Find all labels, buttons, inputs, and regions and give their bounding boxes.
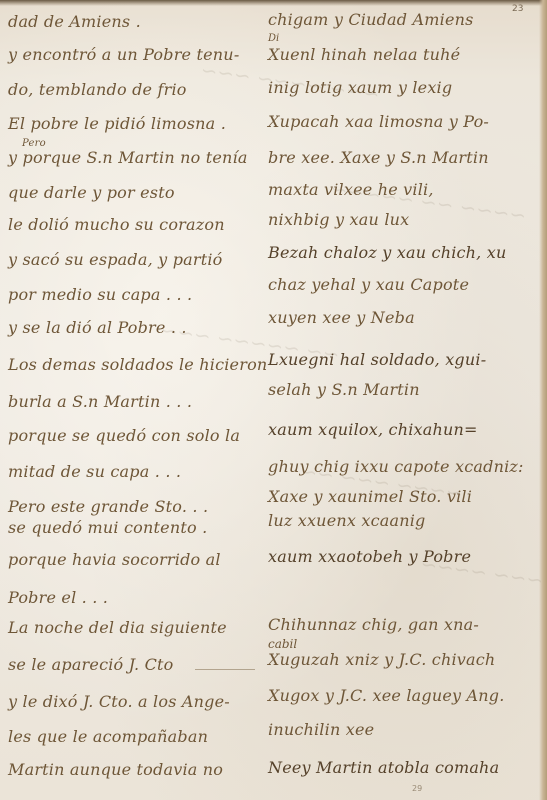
inserted-word: Pero bbox=[22, 138, 46, 149]
manuscript-page: ~~~ ~~~~ ~~~ ~~~~ ~~ ~~~~~ ~~ ~~~~~ ~~~ … bbox=[0, 0, 547, 800]
folio-number: 29 bbox=[412, 784, 422, 793]
zapotec-line: Xuguzah xniz y J.C. chivach bbox=[268, 650, 495, 669]
zapotec-line: Xuenl hinah nelaa tuhé bbox=[268, 45, 460, 64]
spanish-line: le dolió mucho su corazon bbox=[8, 215, 225, 234]
spanish-line: mitad de su capa . . . bbox=[8, 462, 181, 481]
spanish-line: y porque S.n Martin no tenía bbox=[8, 148, 248, 167]
superscript-note: Di bbox=[268, 33, 279, 44]
zapotec-line: luz xxuenx xcaanig bbox=[268, 511, 426, 530]
zapotec-line: inuchilin xee bbox=[268, 720, 374, 739]
spanish-line: y encontró a un Pobre tenu- bbox=[8, 45, 239, 64]
spanish-line-with-correction: Pero y porque S.n Martin no tenía bbox=[8, 148, 248, 167]
spanish-line: El pobre le pidió limosna . bbox=[8, 114, 226, 133]
spanish-line: y le dixó J. Cto. a los Ange- bbox=[8, 692, 230, 711]
zapotec-line: Xaxe y xaunimel Sto. vili bbox=[268, 487, 472, 506]
zapotec-line: xuyen xee y Neba bbox=[268, 308, 415, 327]
superscript-note: cabil bbox=[268, 637, 297, 651]
zapotec-line: Lxuegni hal soldado, xgui- bbox=[268, 350, 486, 369]
zapotec-line: Xugox y J.C. xee laguey Ang. bbox=[268, 686, 505, 705]
spanish-line: les que le acompañaban bbox=[8, 727, 208, 746]
spanish-line: porque se quedó con solo la bbox=[8, 426, 240, 445]
spanish-line: por medio su capa . . . bbox=[8, 285, 192, 304]
page-top-edge bbox=[0, 0, 547, 6]
zapotec-line: inig lotig xaum y lexig bbox=[268, 78, 452, 97]
spanish-line: Pero este grande Sto. . . bbox=[8, 497, 208, 516]
spanish-line: burla a S.n Martin . . . bbox=[8, 392, 192, 411]
zapotec-line: Bezah chaloz y xau chich, xu bbox=[268, 243, 506, 262]
spanish-line: Martin aunque todavia no bbox=[8, 760, 223, 779]
zapotec-line: Neey Martin atobla comaha bbox=[268, 758, 499, 777]
page-right-edge bbox=[539, 0, 547, 800]
zapotec-line: Xupacah xaa limosna y Po- bbox=[268, 112, 489, 131]
spanish-line: se quedó mui contento . bbox=[8, 518, 207, 537]
spanish-line: y se la dió al Pobre . . bbox=[8, 318, 187, 337]
spanish-line: Los demas soldados le hicieron bbox=[8, 355, 267, 374]
zapotec-line: chigam y Ciudad Amiens bbox=[268, 10, 474, 29]
zapotec-line: nixhbig y xau lux bbox=[268, 210, 409, 229]
zapotec-line: xaum xxaotobeh y Pobre bbox=[268, 547, 471, 566]
zapotec-line: maxta vilxee he vili, bbox=[268, 180, 434, 199]
spanish-line: Pobre el . . . bbox=[8, 588, 108, 607]
zapotec-line: chaz yehal y xau Capote bbox=[268, 275, 469, 294]
spanish-line: dad de Amiens . bbox=[8, 12, 141, 31]
spanish-line: do, temblando de frio bbox=[8, 80, 187, 99]
zapotec-line: ghuy chig ixxu capote xcadniz: bbox=[268, 457, 524, 476]
zapotec-line: xaum xquilox, chixahun= bbox=[268, 420, 478, 439]
spanish-line: porque havia socorrido al bbox=[8, 550, 221, 569]
line-filler-rule bbox=[195, 669, 255, 670]
zapotec-line: selah y S.n Martin bbox=[268, 380, 420, 399]
spanish-line: se le apareció J. Cto bbox=[8, 655, 174, 674]
spanish-line: que darle y por esto bbox=[8, 183, 175, 202]
zapotec-line: bre xee. Xaxe y S.n Martin bbox=[268, 148, 489, 167]
spanish-line: y sacó su espada, y partió bbox=[8, 250, 223, 269]
page-number: 23 bbox=[512, 4, 523, 14]
zapotec-line: Chihunnaz chig, gan xna- bbox=[268, 615, 479, 634]
spanish-line: La noche del dia siguiente bbox=[8, 618, 227, 637]
